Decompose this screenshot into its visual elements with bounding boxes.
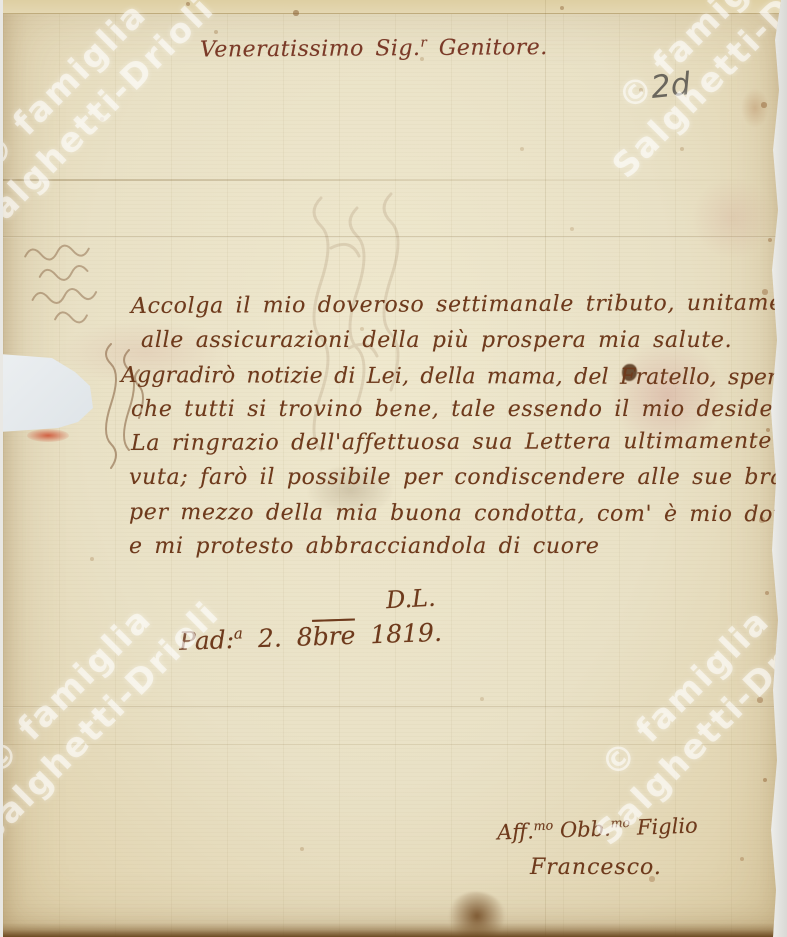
body-line: vuta; farò il possibile per condiscender… (129, 461, 787, 495)
closing-superscript: mo (533, 818, 553, 834)
fold-line (3, 179, 783, 181)
foxing-speckles (3, 0, 5, 2)
closing-text: Aff. (497, 819, 535, 844)
wax-seal-remnant (27, 429, 69, 442)
closing-superscript: mo (610, 815, 630, 831)
salutation-text: Genitore. (427, 35, 548, 61)
body-line: e mi protesto abbracciandola di cuore (129, 530, 787, 564)
body-line: che tutti si trovino bene, tale essendo … (131, 393, 787, 427)
dateline-date: 2. 8 (243, 622, 314, 653)
body-line: La ringrazio dell'affettuosa sua Lettera… (131, 425, 787, 462)
dateline-month-abbrev: bre (312, 621, 356, 651)
dateline-place: Pad: (179, 625, 235, 656)
closing-text: Obb. (553, 817, 611, 843)
valediction-initials: D.L. (385, 584, 436, 615)
letter-body: Accolga il mio doveroso settimanale trib… (121, 290, 787, 564)
body-line: Aggradirò notizie di Lei, della mama, de… (121, 359, 787, 396)
signature-name: Francesco. (530, 855, 662, 880)
body-line: Accolga il mio doveroso settimanale trib… (131, 286, 787, 324)
stain (741, 88, 769, 128)
letter-page: Veneratissimo Sig.r Genitore. 2d Accolga… (3, 0, 783, 937)
stain (690, 178, 775, 258)
archival-pencil-note: 2d (649, 66, 692, 106)
closing-text: Figlio (630, 814, 698, 840)
salutation-text: Veneratissimo Sig. (200, 36, 421, 63)
fold-line (3, 706, 783, 708)
dateline-year: 1819. (355, 618, 442, 650)
body-line: alle assicurazioni della più prospera mi… (141, 324, 787, 358)
body-line: per mezzo della mia buona condotta, com'… (129, 496, 787, 533)
fold-line (3, 744, 783, 745)
salutation: Veneratissimo Sig.r Genitore. (200, 35, 548, 63)
paper-top-edge (3, 0, 783, 14)
bottom-edge-stain (3, 923, 783, 937)
scanned-letter: Veneratissimo Sig.r Genitore. 2d Accolga… (0, 0, 787, 937)
